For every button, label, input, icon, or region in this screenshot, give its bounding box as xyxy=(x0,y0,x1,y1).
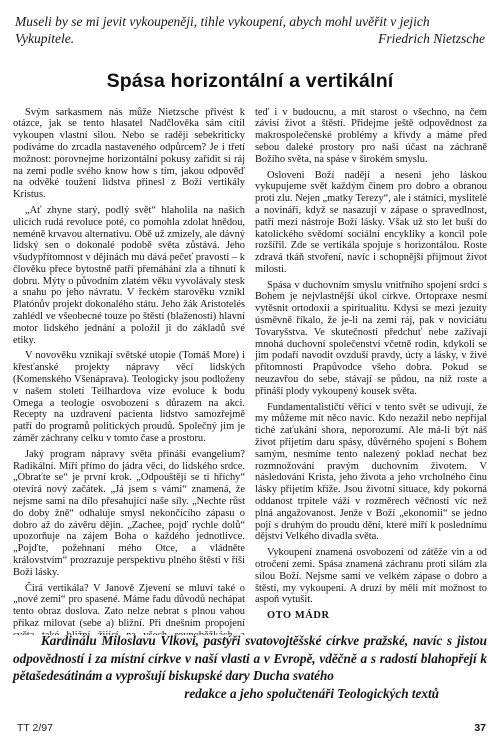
body-paragraph: Jaký program nápravy světa přináší evang… xyxy=(13,449,245,579)
body-paragraph: Spása v duchovním smyslu vnitřního spoje… xyxy=(255,280,487,398)
left-column: Svým sarkasmem nás může Nietzsche přivés… xyxy=(13,107,245,635)
body-paragraph: Fundamentalističtí věřící v tento svět s… xyxy=(255,402,487,544)
magazine-page: Museli by se mi jevit vykoupeněji, tihle… xyxy=(0,0,500,750)
right-column: teď i v budoucnu, a mít starost o všechn… xyxy=(255,107,487,635)
author-signature: OTO MÁDR xyxy=(255,610,487,622)
body-paragraph: Vykoupení znamená osvobození od zátěže v… xyxy=(255,547,487,606)
dedication: Kardinálu Miloslavu Vlkovi, pastýři svat… xyxy=(13,632,487,702)
article-title: Spása horizontální a vertikální xyxy=(0,70,500,93)
body-paragraph: Čirá vertikála? V Janově Zjevení se mluv… xyxy=(13,583,245,635)
epigraph: Museli by se mi jevit vykoupeněji, tihle… xyxy=(0,0,500,48)
article-body: Svým sarkasmem nás může Nietzsche přivés… xyxy=(0,107,500,635)
page-number: 37 xyxy=(474,722,486,734)
journal-issue: TT 2/97 xyxy=(17,722,53,734)
body-paragraph: „Ať zhyne starý, podlý svět“ hlaholila n… xyxy=(13,205,245,347)
right-column-paragraphs: teď i v budoucnu, a mít starost o všechn… xyxy=(255,107,487,607)
body-paragraph: Svým sarkasmem nás může Nietzsche přivés… xyxy=(13,107,245,201)
body-paragraph: Osloveni Boží nadějí a neseni jeho lásko… xyxy=(255,170,487,276)
dedication-signature: redakce a jeho spolučtenáři Teologických… xyxy=(13,685,487,703)
body-paragraph: V novověku vznikají světské utopie (Tomá… xyxy=(13,350,245,444)
body-paragraph: teď i v budoucnu, a mít starost o všechn… xyxy=(255,107,487,166)
dedication-text: Kardinálu Miloslavu Vlkovi, pastýři svat… xyxy=(13,632,487,685)
page-footer: TT 2/97 37 xyxy=(17,722,486,734)
epigraph-attribution: Friedrich Nietzsche xyxy=(378,30,485,47)
